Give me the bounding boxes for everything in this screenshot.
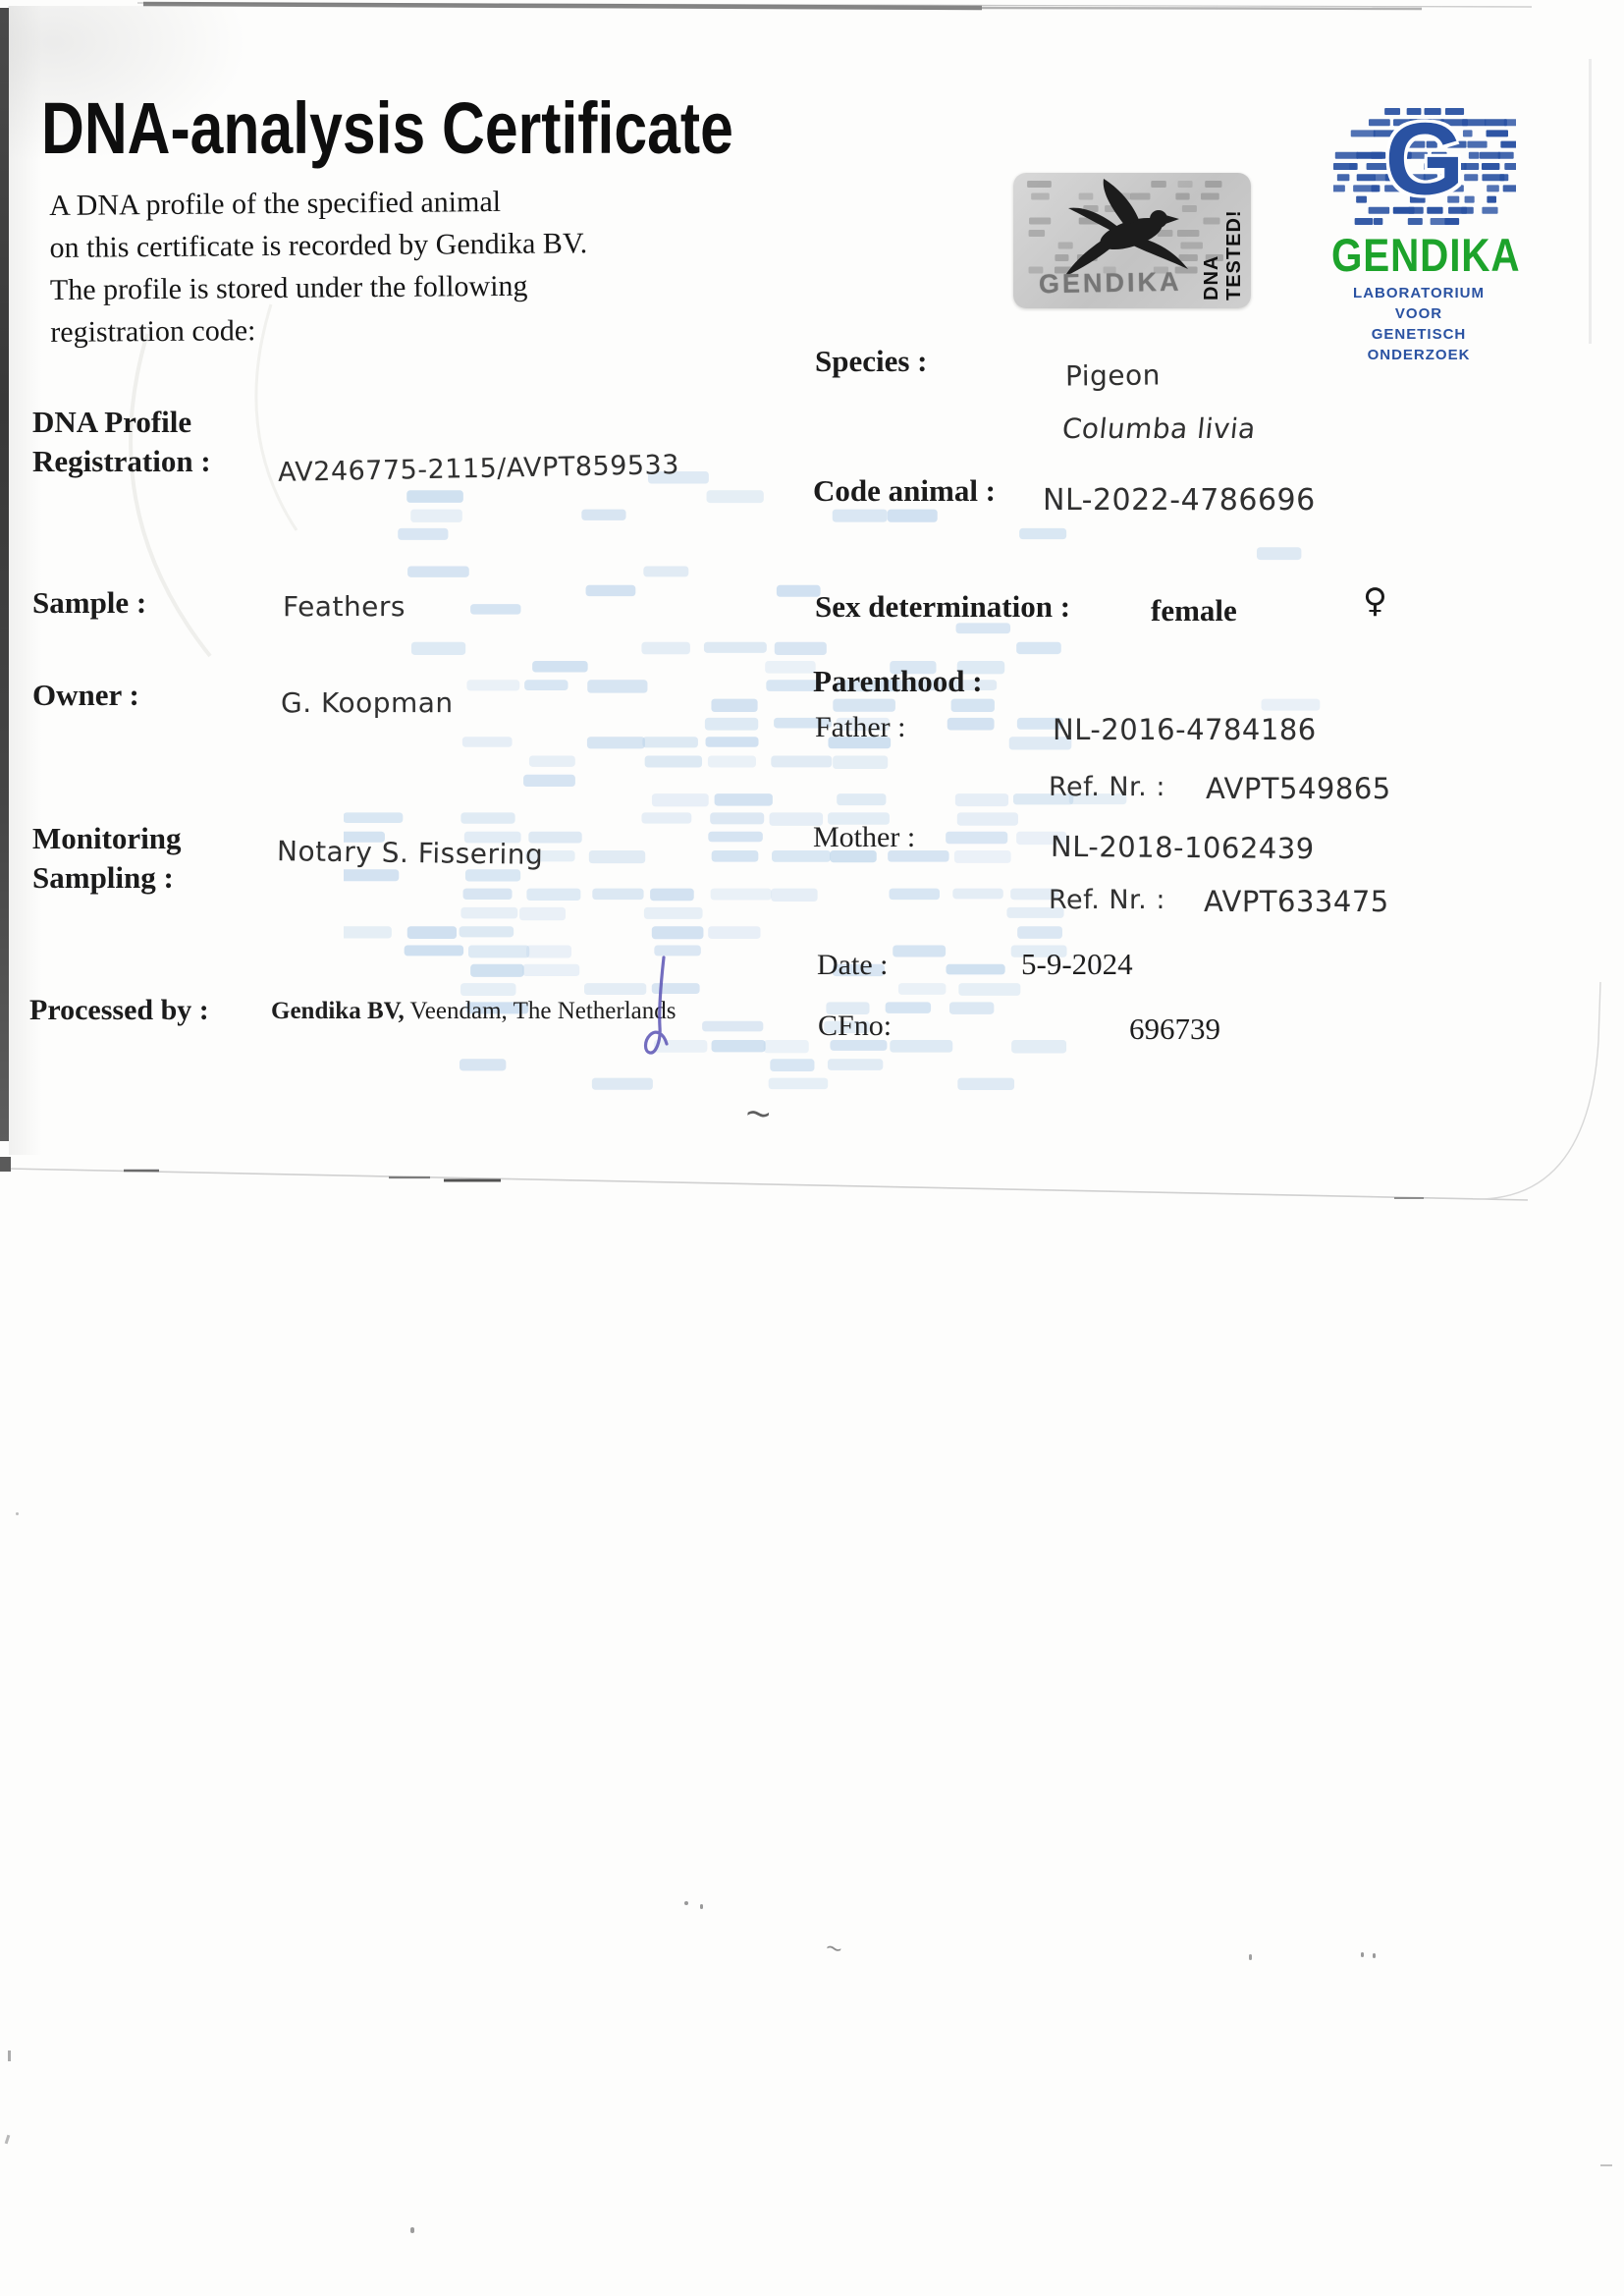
female-symbol-icon: ♀ <box>1363 581 1387 621</box>
scan-artifact-curl: ~ <box>822 1935 846 1963</box>
scan-artifact-dot <box>1361 1952 1364 1957</box>
gendika-logo-letter: G <box>1385 102 1465 219</box>
intro-line: The profile is stored under the followin… <box>50 264 588 311</box>
species-label: Species : <box>815 344 928 379</box>
date-value: 5-9-2024 <box>1021 947 1133 982</box>
scan-artifact-tick <box>8 2050 11 2061</box>
code-animal-label: Code animal : <box>813 473 996 509</box>
logo-subtitle-line2: GENETISCH ONDERZOEK <box>1327 324 1510 365</box>
paper-left-edge <box>0 8 9 1141</box>
sex-determination-value: female <box>1151 593 1237 629</box>
intro-line: A DNA profile of the specified animal <box>49 180 587 227</box>
scan-artifact-dot <box>410 2227 414 2233</box>
parenthood-label: Parenthood : <box>813 664 983 699</box>
code-animal-value: NL-2022-4786696 <box>1043 483 1316 518</box>
monitoring-value: Notary S. Fissering <box>277 835 544 871</box>
father-value: NL-2016-4784186 <box>1053 713 1317 746</box>
paper-edge-nub <box>0 1157 11 1172</box>
page-title: DNA-analysis Certificate <box>41 86 733 170</box>
sticker-brand-text: GENDIKA <box>1039 267 1182 301</box>
scan-artifact-dot <box>1249 1954 1252 1960</box>
intro-line: on this certificate is recorded by Gendi… <box>49 222 587 269</box>
monitoring-label-line2: Sampling : <box>32 860 174 896</box>
sample-label: Sample : <box>32 585 146 621</box>
sample-value: Feathers <box>283 590 406 623</box>
father-label: Father : <box>815 711 905 744</box>
mother-ref-value: AVPT633475 <box>1204 885 1389 918</box>
scan-artifact-dot <box>684 1901 688 1905</box>
hologram-sticker: GENDIKA DNA TESTED! <box>1013 173 1251 308</box>
mother-value: NL-2018-1062439 <box>1051 830 1315 865</box>
paper-bottom-edge <box>0 982 1624 1257</box>
scan-artifact-tick <box>5 2135 11 2144</box>
scan-artifact-dash <box>1600 2164 1612 2166</box>
date-label: Date : <box>817 949 888 982</box>
monitoring-label-line1: Monitoring <box>32 821 182 856</box>
mother-label: Mother : <box>813 821 915 854</box>
species-latin-name: Columba livia <box>1060 412 1257 445</box>
gendika-logo-name: GENDIKA <box>1331 228 1520 282</box>
logo-subtitle-line1: LABORATORIUM VOOR <box>1327 283 1510 324</box>
scanned-certificate-page: DNA-analysis Certificate A DNA profile o… <box>0 0 1624 2296</box>
gendika-logo-mark: G <box>1333 104 1516 226</box>
paper-top-edge <box>0 0 1624 18</box>
dna-profile-label-line2: Registration : <box>32 444 211 479</box>
intro-line: registration code: <box>50 306 588 354</box>
gendika-logo: G GENDIKA LABORATORIUM VOOR GENETISCH ON… <box>1327 96 1622 342</box>
dna-profile-label-line1: DNA Profile <box>32 405 191 440</box>
scan-artifact-dot <box>16 1512 19 1515</box>
sticker-dna-tested-text: DNA TESTED! <box>1201 181 1246 301</box>
scan-artifact-tilde: ~ <box>741 1092 775 1135</box>
scan-artifact-dot <box>1373 1953 1376 1958</box>
intro-paragraph: A DNA profile of the specified animal on… <box>49 180 588 354</box>
species-common-name: Pigeon <box>1065 358 1161 392</box>
mother-ref-label: Ref. Nr. : <box>1049 885 1165 915</box>
father-ref-value: AVPT549865 <box>1206 772 1391 805</box>
gendika-logo-subtitle: LABORATORIUM VOOR GENETISCH ONDERZOEK <box>1327 283 1510 365</box>
owner-label: Owner : <box>32 678 139 713</box>
scan-artifact-dot <box>700 1904 703 1909</box>
sex-determination-label: Sex determination : <box>815 589 1070 625</box>
owner-value: G. Koopman <box>281 686 454 719</box>
father-ref-label: Ref. Nr. : <box>1049 772 1165 802</box>
